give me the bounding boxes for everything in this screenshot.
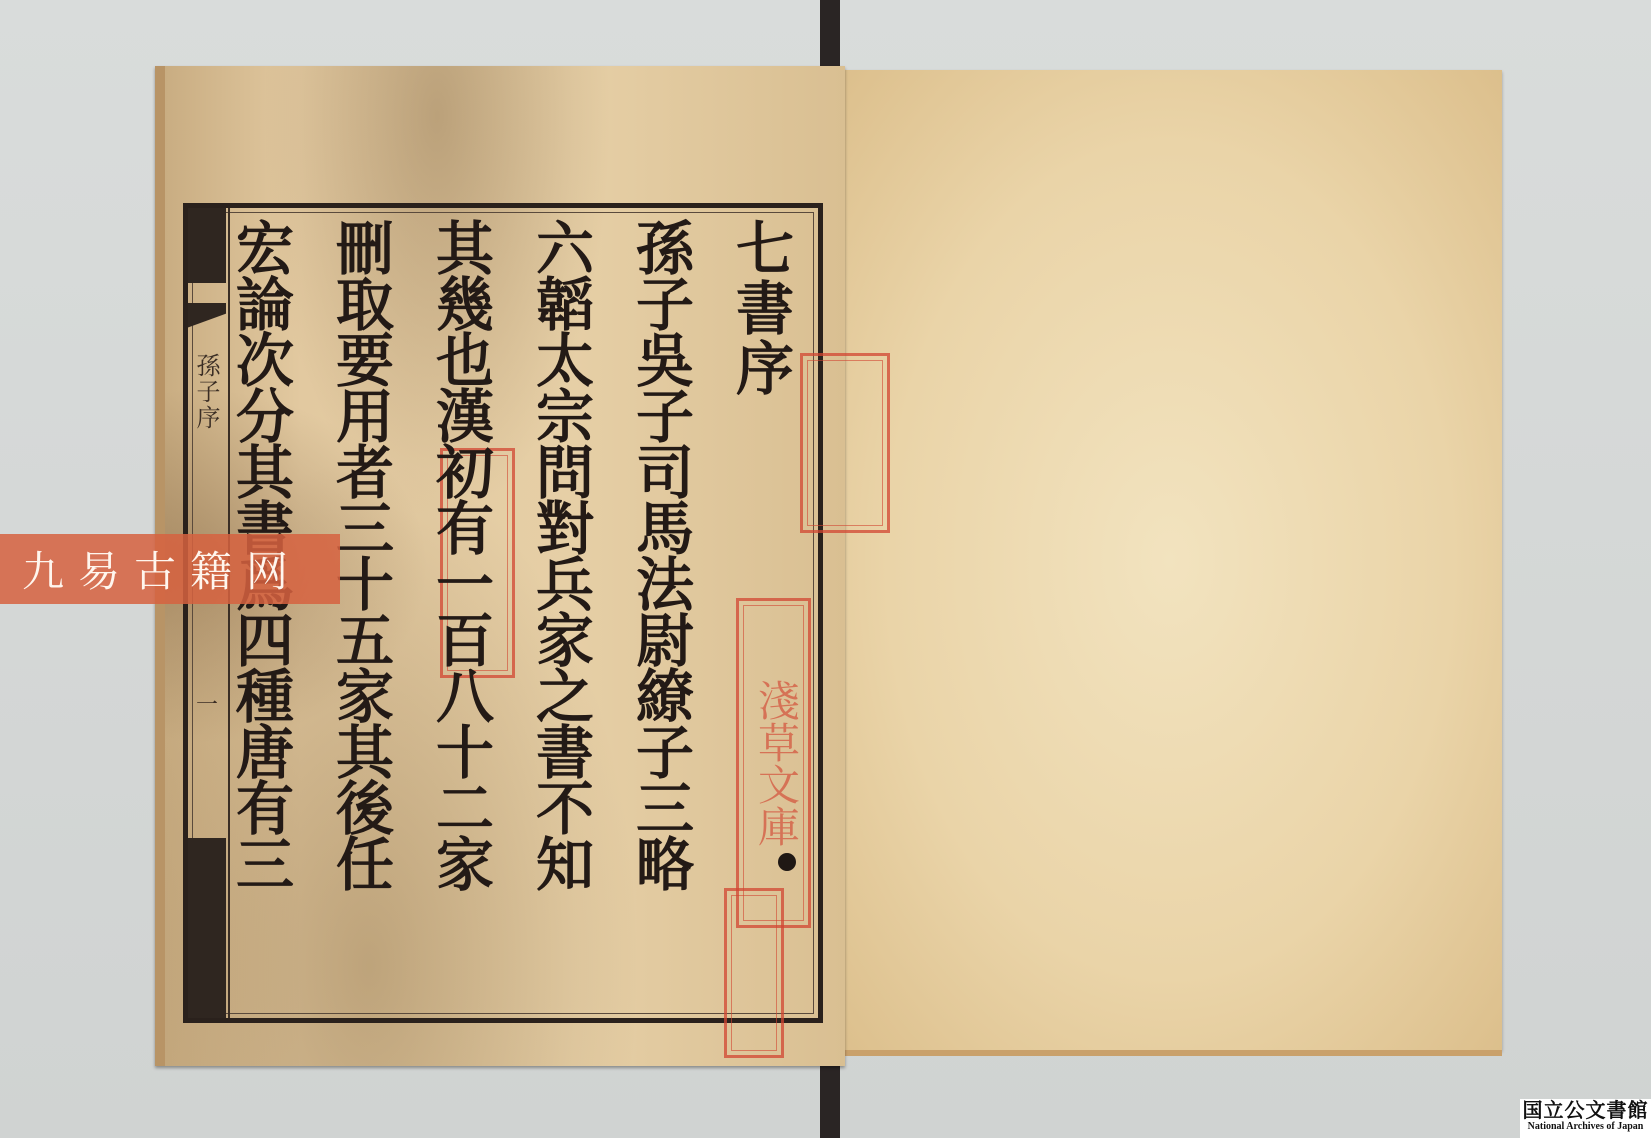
watermark-text: 九易古籍网 [22, 539, 302, 599]
site-watermark: 九易古籍网 [0, 534, 340, 604]
archive-name-en: National Archives of Japan [1520, 1121, 1651, 1133]
text-column: 孫子吳子司馬法尉繚子三略 [610, 218, 710, 1018]
archive-logo: 国立公文書館 National Archives of Japan [1520, 1099, 1651, 1138]
text-column-title: 七書序 [710, 218, 810, 1018]
scan-viewer: 孫子序 一 淺草文庫 七書序 孫子吳子司馬法尉繚子三略 六韜太宗問對兵家之書不知… [0, 0, 1651, 1138]
main-text-area: 七書序 孫子吳子司馬法尉繚子三略 六韜太宗問對兵家之書不知 其幾也漢初有一百八十… [232, 208, 818, 1018]
text-column: 其幾也漢初有一百八十二家 [410, 218, 510, 1018]
archive-name-ja: 国立公文書館 [1520, 1099, 1651, 1121]
text-column: 刪取要用者三十五家其後任 [310, 218, 410, 1018]
text-column: 宏論次分其書爲四種唐有三 [210, 218, 310, 1018]
text-column: 六韜太宗問對兵家之書不知 [510, 218, 610, 1018]
right-page-blank [838, 70, 1502, 1050]
printed-frame: 孫子序 一 淺草文庫 七書序 孫子吳子司馬法尉繚子三略 六韜太宗問對兵家之書不知… [183, 203, 823, 1023]
